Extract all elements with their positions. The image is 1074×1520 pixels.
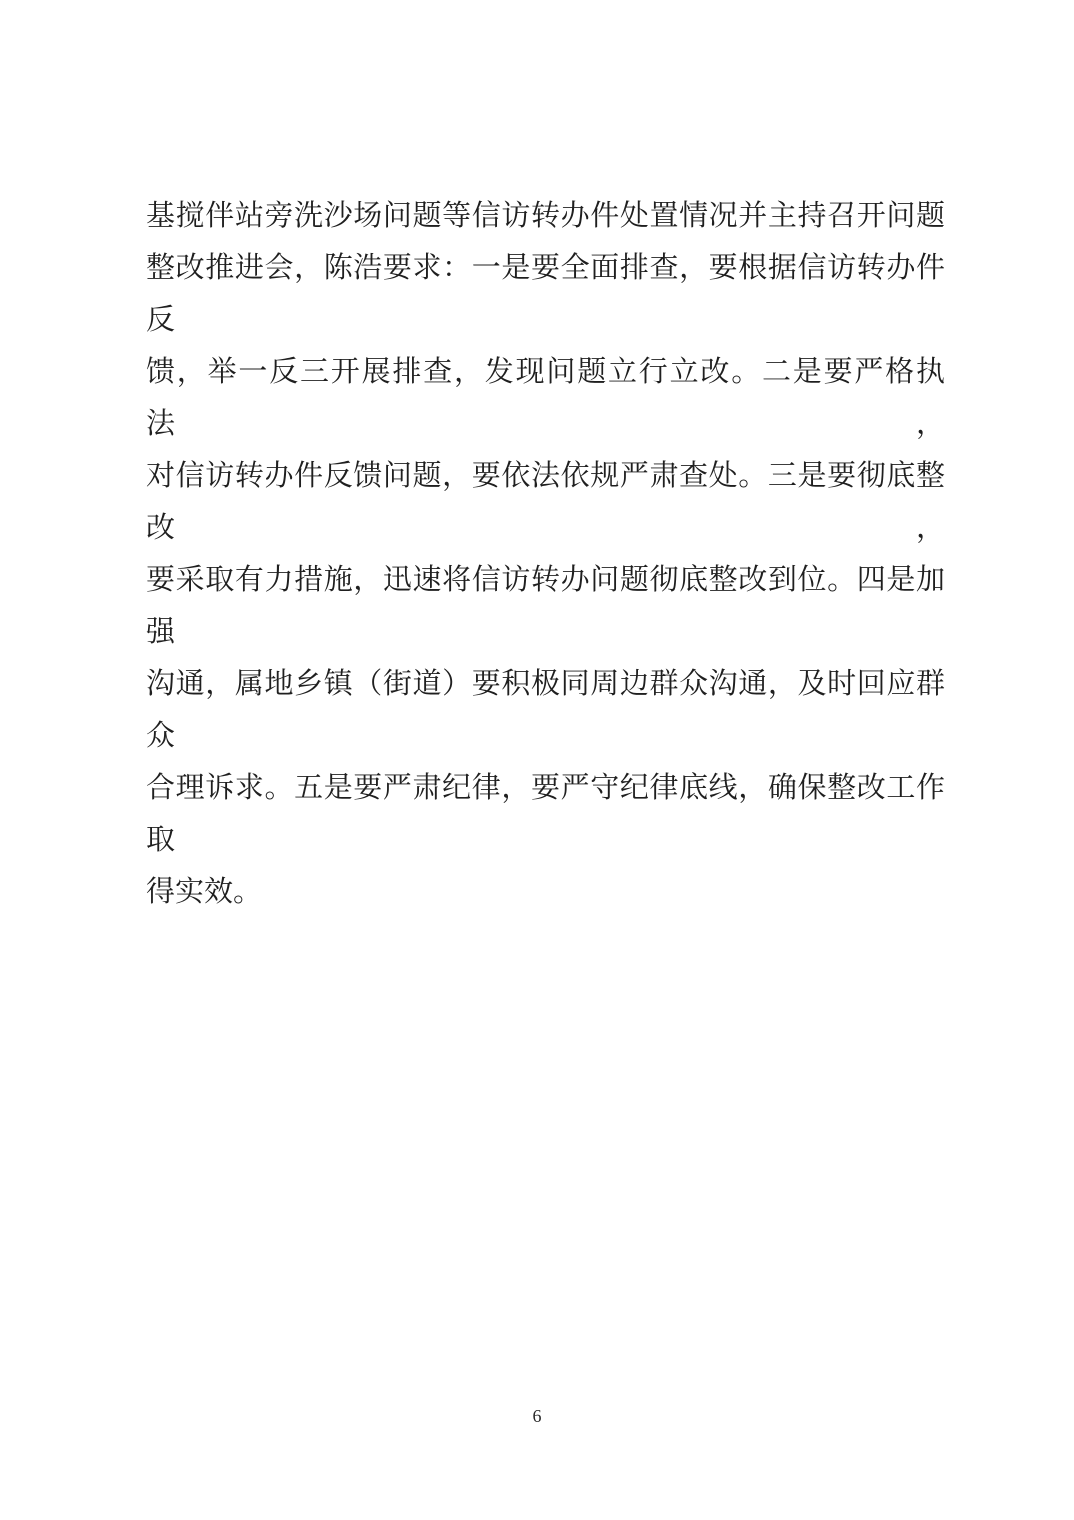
text-line: 对信访转办件反馈问题，要依法依规严肃查处。三是要彻底整改， — [146, 450, 945, 554]
page-number: 6 — [0, 1404, 1074, 1428]
text-line: 得实效。 — [146, 866, 945, 918]
text-line: 沟通，属地乡镇（街道）要积极同周边群众沟通，及时回应群众 — [146, 658, 945, 762]
paragraph: 基搅伴站旁洗沙场问题等信访转办件处置情况并主持召开问题 整改推进会，陈浩要求：一… — [146, 190, 945, 918]
document-page: 基搅伴站旁洗沙场问题等信访转办件处置情况并主持召开问题 整改推进会，陈浩要求：一… — [0, 0, 1074, 1520]
text-line: 要采取有力措施，迅速将信访转办问题彻底整改到位。四是加强 — [146, 554, 945, 658]
text-line: 基搅伴站旁洗沙场问题等信访转办件处置情况并主持召开问题 — [146, 190, 945, 242]
text-line: 馈，举一反三开展排查，发现问题立行立改。二是要严格执法， — [146, 346, 945, 450]
text-line: 整改推进会，陈浩要求：一是要全面排查，要根据信访转办件反 — [146, 242, 945, 346]
text-line: 合理诉求。五是要严肃纪律，要严守纪律底线，确保整改工作取 — [146, 762, 945, 866]
